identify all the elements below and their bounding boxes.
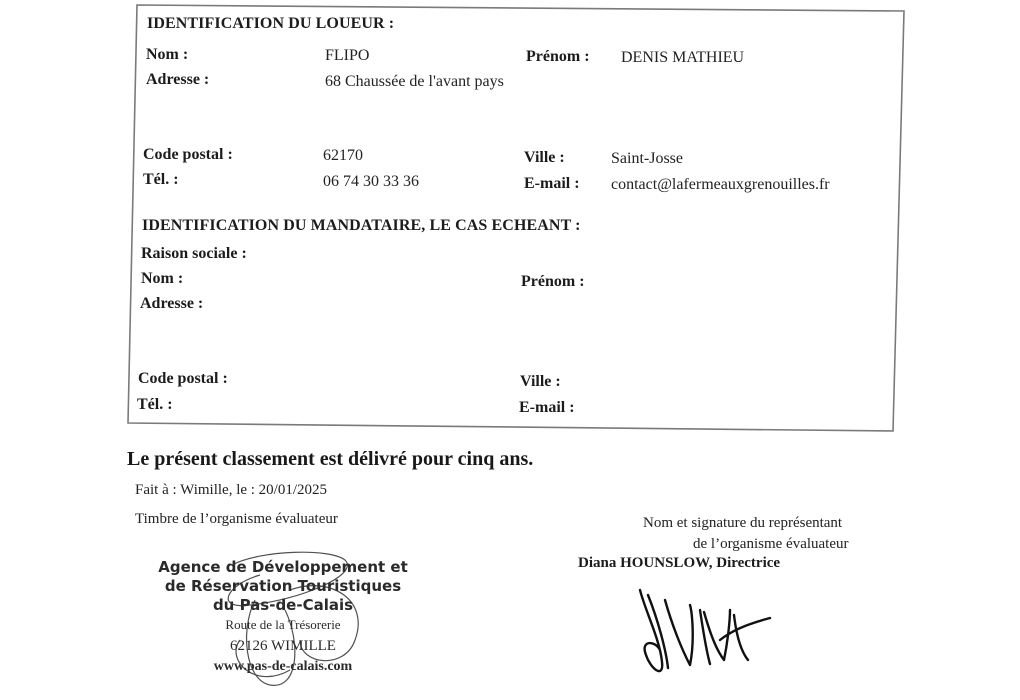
loueur-adresse-label: Adresse :: [146, 71, 209, 89]
loueur-nom-label: Nom :: [146, 46, 188, 64]
place-and-date: Fait à : Wimille, le : 20/01/2025: [135, 482, 327, 499]
mandataire-code-postal-label: Code postal :: [138, 370, 228, 388]
mandataire-ville-label: Ville :: [520, 373, 561, 391]
signature-caption-line2: de l’organisme évaluateur: [693, 536, 849, 553]
mandataire-nom-label: Nom :: [141, 270, 183, 288]
stamp-line-4: Route de la Trésorerie: [148, 615, 418, 635]
loueur-tel-value: 06 74 30 33 36: [323, 173, 419, 191]
signature-caption-line1: Nom et signature du représentant: [643, 515, 842, 532]
stamp-caption: Timbre de l’organisme évaluateur: [135, 511, 338, 528]
loueur-email-value: contact@lafermeauxgrenouilles.fr: [611, 176, 830, 194]
loueur-ville-label: Ville :: [524, 149, 565, 167]
mandataire-tel-label: Tél. :: [137, 396, 173, 414]
loueur-ville-value: Saint-Josse: [611, 150, 683, 168]
stamp-line-3: du Pas-de-Calais: [148, 596, 418, 615]
mandataire-raison-sociale-label: Raison sociale :: [141, 245, 247, 263]
mandataire-heading: IDENTIFICATION DU MANDATAIRE, LE CAS ECH…: [142, 217, 581, 235]
loueur-email-label: E-mail :: [524, 175, 580, 193]
stamp-line-5: 62126 WIMILLE: [148, 635, 418, 657]
loueur-code-postal-value: 62170: [323, 147, 363, 165]
stamp-line-2: de Réservation Touristiques: [148, 577, 418, 596]
loueur-heading: IDENTIFICATION DU LOUEUR :: [147, 15, 394, 33]
stamp-line-1: Agence de Développement et: [148, 558, 418, 577]
loueur-prenom-label: Prénom :: [526, 48, 590, 66]
mandataire-email-label: E-mail :: [519, 399, 575, 417]
loueur-nom-value: FLIPO: [325, 47, 369, 65]
loueur-code-postal-label: Code postal :: [143, 146, 233, 164]
loueur-adresse-value: 68 Chaussée de l'avant pays: [325, 73, 504, 91]
loueur-tel-label: Tél. :: [143, 171, 179, 189]
mandataire-prenom-label: Prénom :: [521, 273, 585, 291]
loueur-prenom-value: DENIS MATHIEU: [621, 49, 744, 67]
stamp-line-6: www.pas-de-calais.com: [148, 657, 418, 677]
organisation-stamp: Agence de Développement et de Réservatio…: [148, 558, 418, 677]
mandataire-adresse-label: Adresse :: [140, 295, 203, 313]
signatory-name: Diana HOUNSLOW, Directrice: [578, 555, 780, 572]
validity-statement: Le présent classement est délivré pour c…: [127, 448, 533, 471]
